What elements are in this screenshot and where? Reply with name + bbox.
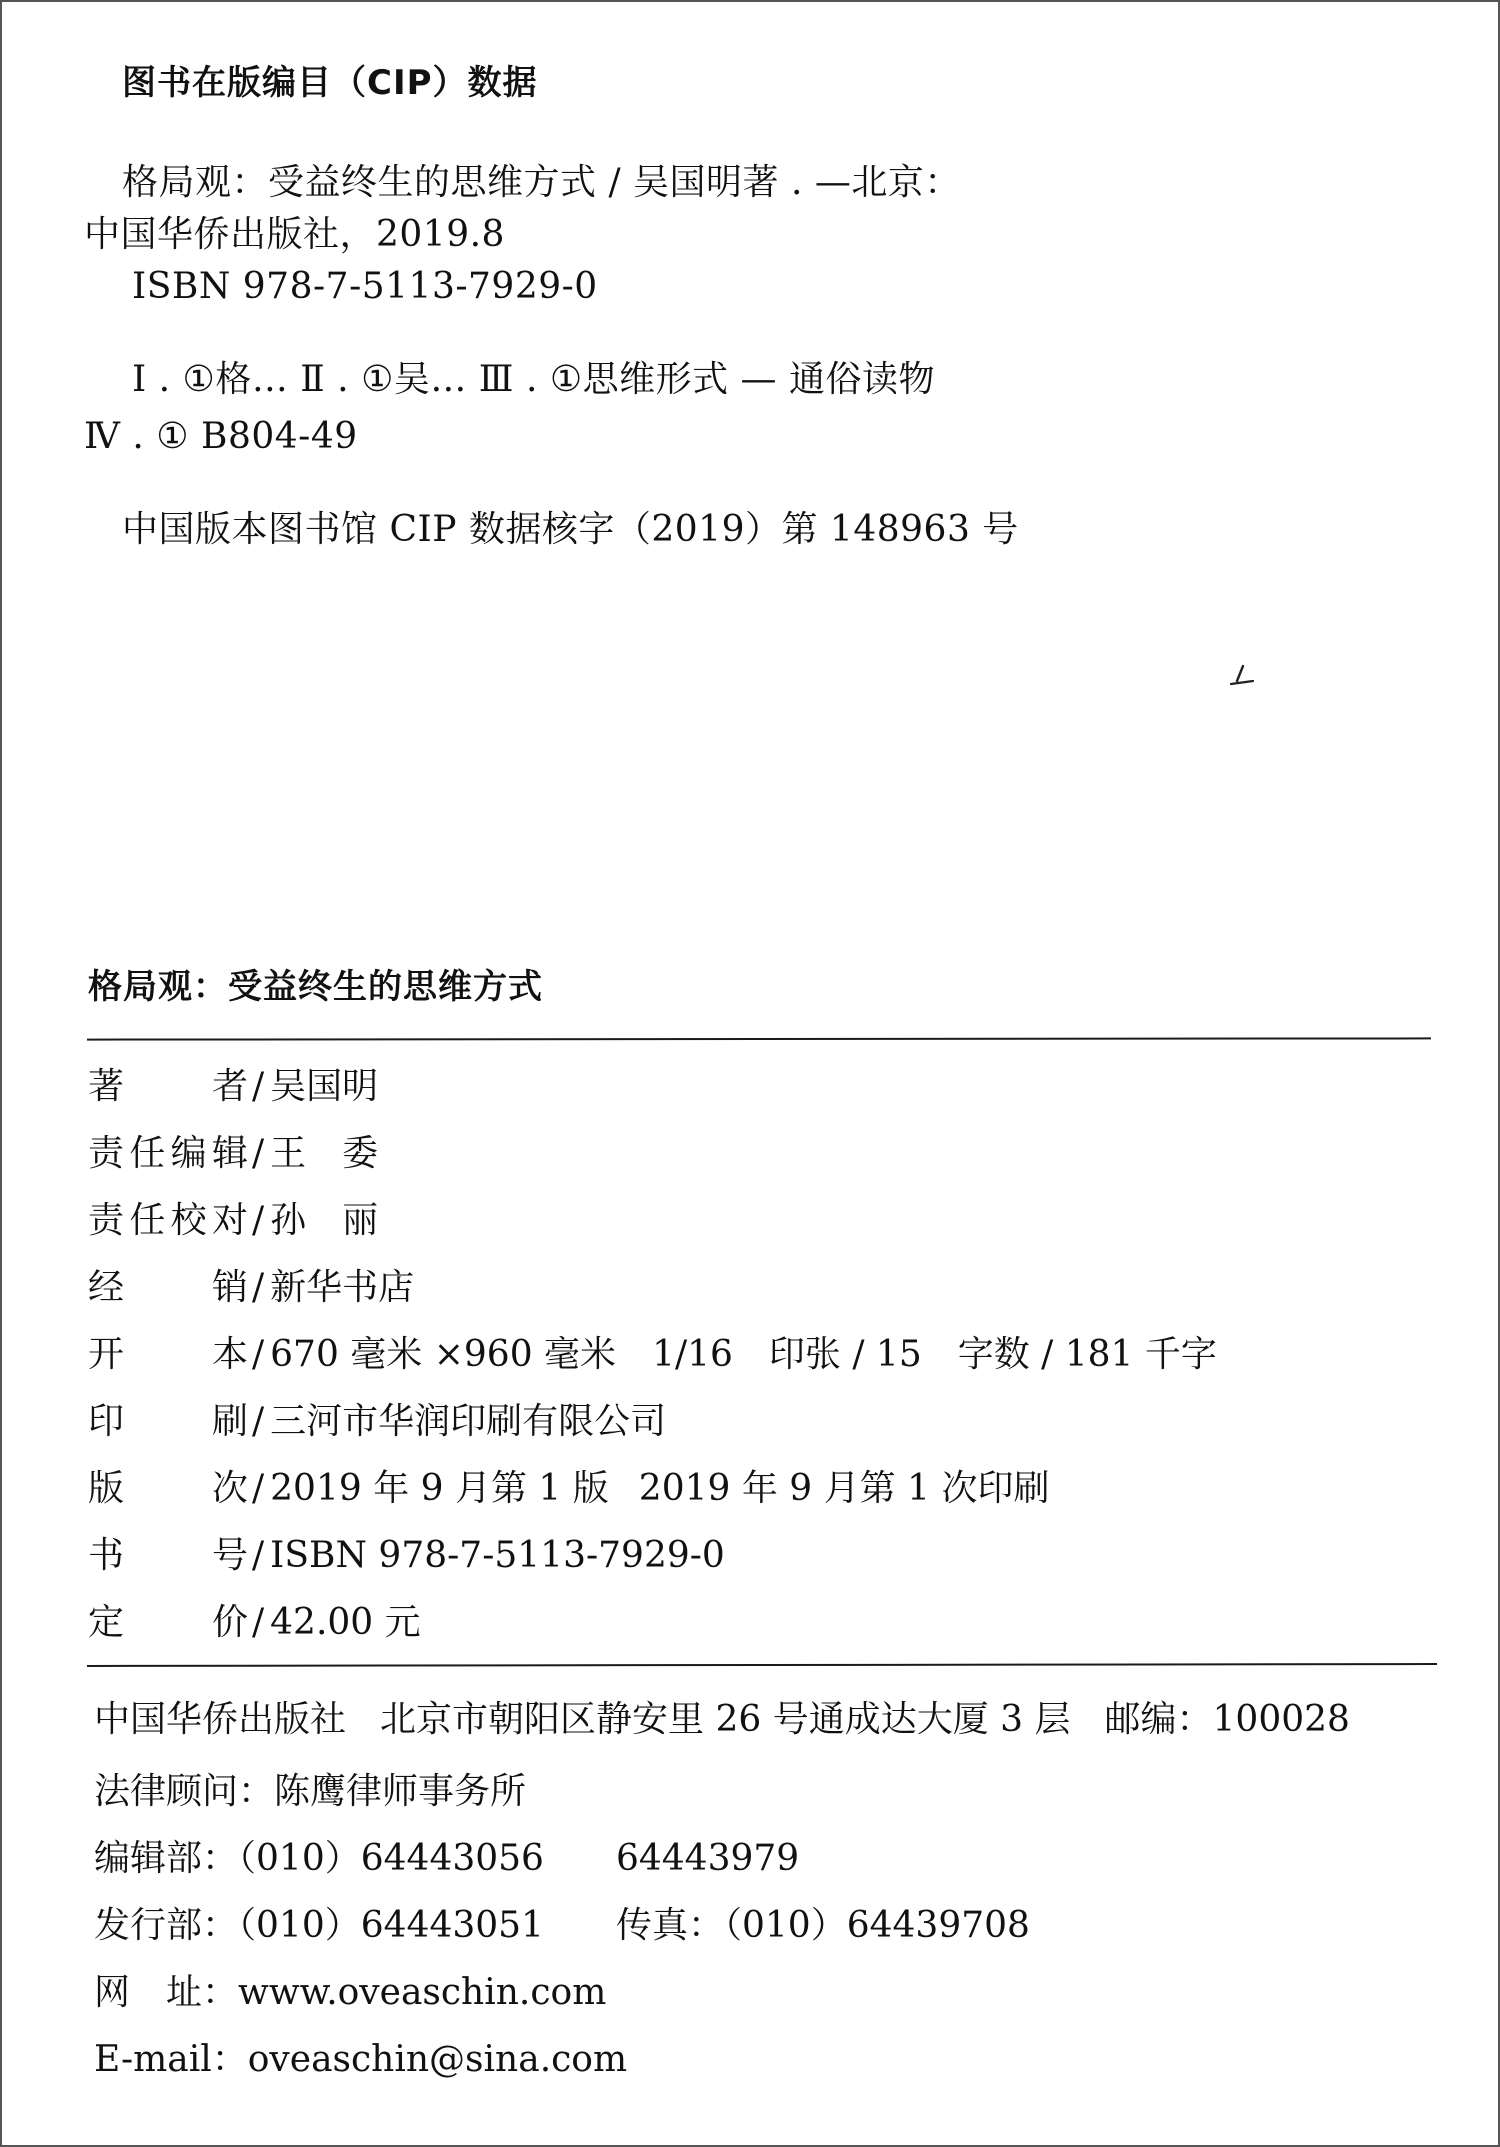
info-separator: / [252, 1401, 264, 1442]
info-separator: / [252, 1267, 264, 1308]
info-row-price: 定价/42.00 元 [88, 1596, 421, 1650]
pencil-check-mark-icon [1228, 664, 1264, 690]
website-line: 网 址：www.oveaschin.com [94, 1966, 606, 2020]
legal-value: 陈鹰律师事务所 [274, 1771, 526, 1812]
info-separator: / [252, 1200, 264, 1241]
info-row-format: 开本/670 毫米 ×960 毫米1/16印张 / 15字数 / 181 千字 [88, 1328, 1217, 1382]
distribution-phone: （010）64443051 [238, 1905, 544, 1946]
info-value: 王 委 [270, 1133, 378, 1174]
book-title: 格局观：受益终生的思维方式 [88, 962, 543, 1012]
fax-label: 传真： [616, 1905, 724, 1946]
email-label: E-mail： [94, 2039, 248, 2080]
info-label: 经销 [88, 1261, 248, 1315]
info-row-distributor: 经销/新华书店 [88, 1261, 414, 1315]
cip-publisher-line: 中国华侨出版社，2019.8 [84, 210, 505, 260]
cip-heading: 图书在版编目（CIP）数据 [122, 58, 538, 108]
info-value: 新华书店 [270, 1267, 414, 1308]
info-row-edition: 版次/2019 年 9 月第 1 版2019 年 9 月第 1 次印刷 [88, 1462, 1049, 1516]
distribution-phone-line: 发行部：（010）64443051传真：（010）64439708 [94, 1899, 1030, 1953]
cip-isbn-line: ISBN 978-7-5113-7929-0 [132, 262, 598, 312]
email-line: E-mail：oveaschin@sina.com [94, 2033, 627, 2087]
publisher-name: 中国华侨出版社 [94, 1699, 346, 1740]
info-value: 670 毫米 ×960 毫米 [270, 1334, 616, 1375]
info-row-printer: 印刷/三河市华润印刷有限公司 [88, 1395, 666, 1449]
info-label: 印刷 [88, 1395, 248, 1449]
info-separator: / [252, 1066, 264, 1107]
info-value: ISBN 978-7-5113-7929-0 [270, 1535, 725, 1576]
info-value: 42.00 元 [270, 1602, 421, 1643]
website-link[interactable]: www.oveaschin.com [238, 1972, 606, 2013]
cip-classification-line: Ⅳ . ① B804-49 [84, 412, 358, 462]
info-value: 吴国明 [270, 1066, 378, 1107]
info-separator: / [252, 1468, 264, 1509]
info-label: 定价 [88, 1596, 248, 1650]
email-link[interactable]: oveaschin@sina.com [248, 2039, 627, 2080]
info-row-editor: 责任编辑/王 委 [88, 1127, 378, 1181]
publisher-address-line: 中国华侨出版社北京市朝阳区静安里 26 号通成达大厦 3 层邮编：100028 [94, 1693, 1350, 1747]
postcode-label: 邮编： [1105, 1699, 1213, 1740]
info-printed-sheets: 印张 / 15 [769, 1334, 922, 1375]
info-label: 著者 [88, 1060, 248, 1114]
cip-verification-number: 中国版本图书馆 CIP 数据核字（2019）第 148963 号 [122, 505, 1019, 555]
info-word-count: 字数 / 181 千字 [958, 1334, 1217, 1375]
info-printing: 2019 年 9 月第 1 次印刷 [639, 1468, 1050, 1509]
legal-label: 法律顾问： [94, 1771, 274, 1812]
info-label: 书号 [88, 1529, 248, 1583]
editorial-label: 编辑部： [94, 1838, 238, 1879]
info-separator: / [252, 1602, 264, 1643]
info-label: 开本 [88, 1328, 248, 1382]
legal-counsel-line: 法律顾问：陈鹰律师事务所 [94, 1765, 526, 1819]
info-value: 三河市华润印刷有限公司 [270, 1401, 666, 1442]
info-value: 孙 丽 [270, 1200, 378, 1241]
info-separator: / [252, 1535, 264, 1576]
info-row-proofreader: 责任校对/孙 丽 [88, 1194, 378, 1248]
publisher-address: 北京市朝阳区静安里 26 号通成达大厦 3 层 [380, 1699, 1071, 1740]
info-format-fraction: 1/16 [652, 1334, 733, 1375]
distribution-label: 发行部： [94, 1905, 238, 1946]
info-separator: / [252, 1133, 264, 1174]
editorial-phone-2: 64443979 [616, 1838, 799, 1879]
fax-value: （010）64439708 [724, 1905, 1030, 1946]
website-label: 网 址： [94, 1972, 238, 2013]
info-value: 2019 年 9 月第 1 版 [270, 1468, 609, 1509]
info-label: 责任校对 [88, 1194, 248, 1248]
info-label: 责任编辑 [88, 1127, 248, 1181]
info-row-isbn: 书号/ISBN 978-7-5113-7929-0 [88, 1529, 725, 1583]
cip-title-author-line: 格局观：受益终生的思维方式 / 吴国明著 . —北京： [122, 158, 961, 208]
editorial-phone-line: 编辑部：（010）6444305664443979 [94, 1832, 799, 1886]
info-label: 版次 [88, 1462, 248, 1516]
postcode-value: 100028 [1213, 1699, 1350, 1740]
info-row-author: 著者/吴国明 [88, 1060, 378, 1114]
cip-subject-line: Ⅰ . ①格… Ⅱ . ①吴… Ⅲ . ①思维形式 — 通俗读物 [132, 355, 935, 405]
editorial-phone: （010）64443056 [238, 1838, 544, 1879]
info-separator: / [252, 1334, 264, 1375]
